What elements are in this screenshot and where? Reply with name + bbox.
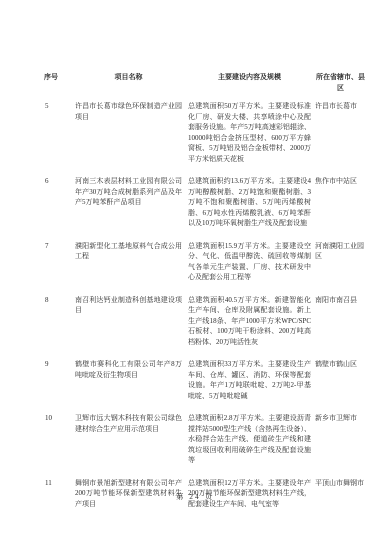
projects-table: 序号 项目名称 主要建设内容及规模 所在省辖市、县区 5 许昌市长葛市绿色环保制… xyxy=(42,72,366,521)
location: 鹤壁市鹤山区 xyxy=(315,359,366,401)
row-number: 5 xyxy=(42,101,75,164)
row-number: 7 xyxy=(42,241,75,283)
construction-content: 总建筑面积2.8万平方米。主要建设沥青搅拌站5000型生产线（含热再生设备）、水… xyxy=(188,413,315,466)
project-name: 卫辉市远大钢木科技有限公司绿色建材综合生产应用示范项目 xyxy=(75,413,188,466)
header-location: 所在省辖市、县区 xyxy=(315,72,366,93)
table-row: 6 河南三木表层材料工业园有限公司年产30万吨合成树脂系列产品及年产5万吨苯酐产… xyxy=(42,176,366,229)
project-name: 河南三木表层材料工业园有限公司年产30万吨合成树脂系列产品及年产5万吨苯酐产品项… xyxy=(75,176,188,229)
project-name: 鹤壁市赛科化工有限公司年产8万吨吡啶及衍生物项目 xyxy=(75,359,188,401)
table-row: 10 卫辉市远大钢木科技有限公司绿色建材综合生产应用示范项目 总建筑面积2.8万… xyxy=(42,413,366,466)
page-number: 第 24 页 xyxy=(0,491,390,502)
project-name: 许昌市长葛市绿色环保制造产业园项目 xyxy=(75,101,188,164)
document-page: 序号 项目名称 主要建设内容及规模 所在省辖市、县区 5 许昌市长葛市绿色环保制… xyxy=(0,0,390,551)
row-number: 10 xyxy=(42,413,75,466)
table-row: 9 鹤壁市赛科化工有限公司年产8万吨吡啶及衍生物项目 总建筑面积33万平方米。主… xyxy=(42,359,366,401)
header-project-name: 项目名称 xyxy=(75,72,188,93)
construction-content: 总建筑面积33万平方米。主要建设生产车间、仓库、罐区、消防、环保等配套设施。年产… xyxy=(188,359,315,401)
row-number: 8 xyxy=(42,295,75,348)
construction-content: 总建筑面积15.9万平方米。主要建设空分、气化、低温甲醇洗、硫回收等煤制气各单元… xyxy=(188,241,315,283)
construction-content: 总建筑面积50万平方米。主要建设标准化厂房、研发大楼、共享喷涂中心及配套服务设施… xyxy=(188,101,315,164)
construction-content: 总建筑面积约13.6万平方米。主要建设4万吨醇酸树脂、2万吨饱和聚酯树脂、3万吨… xyxy=(188,176,315,229)
construction-content: 总建筑面积40.5万平方米。新建智能化生产车间、仓库及附属配套设施。新上生产线1… xyxy=(188,295,315,348)
project-name: 濮阳新型化工基地原料气合成公用工程 xyxy=(75,241,188,283)
location: 新乡市卫辉市 xyxy=(315,413,366,466)
project-name: 南召利达钙业制造科创基地建设项目 xyxy=(75,295,188,348)
table-row: 5 许昌市长葛市绿色环保制造产业园项目 总建筑面积50万平方米。主要建设标准化厂… xyxy=(42,101,366,164)
location: 许昌市长葛市 xyxy=(315,101,366,164)
table-row: 7 濮阳新型化工基地原料气合成公用工程 总建筑面积15.9万平方米。主要建设空分… xyxy=(42,241,366,283)
row-number: 6 xyxy=(42,176,75,229)
location: 焦作市中站区 xyxy=(315,176,366,229)
location: 南阳市南召县 xyxy=(315,295,366,348)
header-no: 序号 xyxy=(42,72,75,93)
header-content: 主要建设内容及规模 xyxy=(188,72,315,93)
row-number: 9 xyxy=(42,359,75,401)
table-header-row: 序号 项目名称 主要建设内容及规模 所在省辖市、县区 xyxy=(42,72,366,93)
table-row: 8 南召利达钙业制造科创基地建设项目 总建筑面积40.5万平方米。新建智能化生产… xyxy=(42,295,366,348)
location: 河南濮阳工业园区 xyxy=(315,241,366,283)
table-body: 5 许昌市长葛市绿色环保制造产业园项目 总建筑面积50万平方米。主要建设标准化厂… xyxy=(42,101,366,509)
